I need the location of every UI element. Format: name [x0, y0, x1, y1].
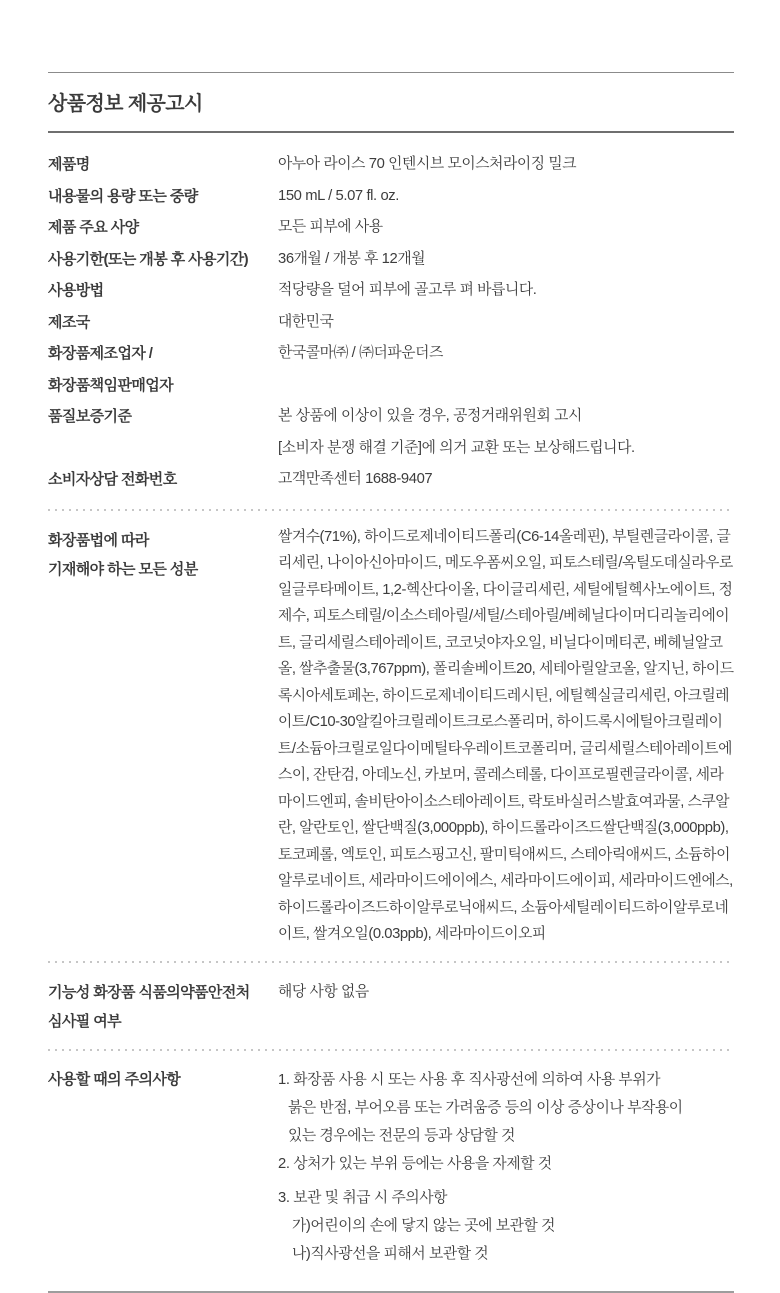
table-row-precautions: 사용할 때의 주의사항 1. 화장품 사용 시 또는 사용 후 직사광선에 의하… [48, 1064, 734, 1268]
row-label-line: 사용방법 [48, 275, 270, 307]
table-row-manufacturer: 화장품제조업자 / 화장품책임판매업자 한국콜마㈜ / ㈜더파운더즈 [48, 338, 734, 401]
row-value-line: 대한민국 [278, 307, 734, 339]
precaution-line: 있는 경우에는 전문의 등과 상담할 것 [278, 1122, 734, 1150]
row-label-line: 화장품법에 따라 [48, 526, 270, 555]
row-label: 소비자상담 전화번호 [48, 464, 278, 496]
precaution-line: 가)어린이의 손에 닿지 않는 곳에 보관할 것 [278, 1212, 734, 1240]
row-label-line: 품질보증기준 [48, 401, 270, 433]
precaution-line: 붉은 반점, 부어오름 또는 가려움증 등의 이상 증상이나 부작용이 [278, 1094, 734, 1122]
dotted-divider [48, 1049, 734, 1051]
row-label: 화장품제조업자 / 화장품책임판매업자 [48, 338, 278, 401]
row-label-line: 제조국 [48, 307, 270, 339]
row-label-line: 화장품제조업자 / [48, 338, 270, 370]
ingredients-text: 쌀겨수(71%), 하이드로제네이티드폴리(C6-14올레핀), 부틸렌글라이콜… [278, 524, 734, 948]
table-row-ingredients: 화장품법에 따라 기재해야 하는 모든 성분 쌀겨수(71%), 하이드로제네이… [48, 524, 734, 948]
precaution-line: 나)직사광선을 피해서 보관할 것 [278, 1240, 734, 1268]
row-value: 고객만족센터 1688-9407 [278, 464, 734, 496]
row-label-line: 심사필 여부 [48, 1007, 270, 1036]
row-value-line: 고객만족센터 1688-9407 [278, 464, 734, 496]
row-label-line: 제품 주요 사양 [48, 212, 270, 244]
row-label-line: 기재해야 하는 모든 성분 [48, 555, 270, 584]
row-label-line: 화장품책임판매업자 [48, 370, 270, 402]
row-label-line: 제품명 [48, 149, 270, 181]
row-label: 제품명 [48, 149, 278, 181]
table-row-volume: 내용물의 용량 또는 중량 150 mL / 5.07 fl. oz. [48, 181, 734, 213]
row-value: 아누아 라이스 70 인텐시브 모이스처라이징 밀크 [278, 149, 734, 181]
row-label-line: 내용물의 용량 또는 중량 [48, 181, 270, 213]
row-label: 사용할 때의 주의사항 [48, 1064, 278, 1094]
table-row-specification: 제품 주요 사양 모든 피부에 사용 [48, 212, 734, 244]
table-row-expiration: 사용기한(또는 개봉 후 사용기간) 36개월 / 개봉 후 12개월 [48, 244, 734, 276]
row-value-line: 150 mL / 5.07 fl. oz. [278, 181, 734, 213]
row-value-line: 36개월 / 개봉 후 12개월 [278, 244, 734, 276]
row-value: 해당 사항 없음 [278, 976, 734, 1007]
dotted-divider [48, 961, 734, 963]
row-value-line: 아누아 라이스 70 인텐시브 모이스처라이징 밀크 [278, 149, 734, 181]
row-value: 36개월 / 개봉 후 12개월 [278, 244, 734, 276]
row-label-line: 기능성 화장품 식품의약품안전처 [48, 978, 270, 1007]
row-value-line: [소비자 분쟁 해결 기준]에 의거 교환 또는 보상해드립니다. [278, 433, 734, 465]
row-label: 기능성 화장품 식품의약품안전처 심사필 여부 [48, 976, 278, 1036]
precaution-line: 3. 보관 및 취급 시 주의사항 [278, 1184, 734, 1212]
row-value: 모든 피부에 사용 [278, 212, 734, 244]
row-label: 화장품법에 따라 기재해야 하는 모든 성분 [48, 524, 278, 584]
dotted-divider [48, 509, 734, 511]
bottom-divider [48, 1291, 734, 1293]
table-row-product-name: 제품명 아누아 라이스 70 인텐시브 모이스처라이징 밀크 [48, 149, 734, 181]
row-value: 한국콜마㈜ / ㈜더파운더즈 [278, 338, 734, 370]
row-label-line: 사용기한(또는 개봉 후 사용기간) [48, 244, 270, 276]
table-row-consumer-phone: 소비자상담 전화번호 고객만족센터 1688-9407 [48, 464, 734, 496]
row-label: 제조국 [48, 307, 278, 339]
row-value: 적당량을 덜어 피부에 골고루 펴 바릅니다. [278, 275, 734, 307]
row-value: 본 상품에 이상이 있을 경우, 공정거래위원회 고시 [소비자 분쟁 해결 기… [278, 401, 734, 464]
row-value: 대한민국 [278, 307, 734, 339]
table-row-country: 제조국 대한민국 [48, 307, 734, 339]
table-row-usage: 사용방법 적당량을 덜어 피부에 골고루 펴 바릅니다. [48, 275, 734, 307]
row-label: 사용방법 [48, 275, 278, 307]
product-info-page: 상품정보 제공고시 제품명 아누아 라이스 70 인텐시브 모이스처라이징 밀크… [0, 0, 780, 1293]
row-value-line: 모든 피부에 사용 [278, 212, 734, 244]
precaution-line: 2. 상처가 있는 부위 등에는 사용을 자제할 것 [278, 1150, 734, 1178]
row-label: 품질보증기준 [48, 401, 278, 433]
row-value-line: 적당량을 덜어 피부에 골고루 펴 바릅니다. [278, 275, 734, 307]
page-content: 상품정보 제공고시 제품명 아누아 라이스 70 인텐시브 모이스처라이징 밀크… [48, 72, 734, 1293]
page-title: 상품정보 제공고시 [48, 73, 734, 133]
row-label: 제품 주요 사양 [48, 212, 278, 244]
row-label: 사용기한(또는 개봉 후 사용기간) [48, 244, 278, 276]
row-value-line: 한국콜마㈜ / ㈜더파운더즈 [278, 338, 734, 370]
table-row-quality-assurance: 품질보증기준 본 상품에 이상이 있을 경우, 공정거래위원회 고시 [소비자 … [48, 401, 734, 464]
row-label: 내용물의 용량 또는 중량 [48, 181, 278, 213]
product-info-table: 제품명 아누아 라이스 70 인텐시브 모이스처라이징 밀크 내용물의 용량 또… [48, 149, 734, 496]
precaution-line: 1. 화장품 사용 시 또는 사용 후 직사광선에 의하여 사용 부위가 [278, 1066, 734, 1094]
row-value: 150 mL / 5.07 fl. oz. [278, 181, 734, 213]
table-row-functional-review: 기능성 화장품 식품의약품안전처 심사필 여부 해당 사항 없음 [48, 976, 734, 1036]
row-value-line: 본 상품에 이상이 있을 경우, 공정거래위원회 고시 [278, 401, 734, 433]
row-label-line: 소비자상담 전화번호 [48, 464, 270, 496]
precautions-list: 1. 화장품 사용 시 또는 사용 후 직사광선에 의하여 사용 부위가 붉은 … [278, 1064, 734, 1268]
